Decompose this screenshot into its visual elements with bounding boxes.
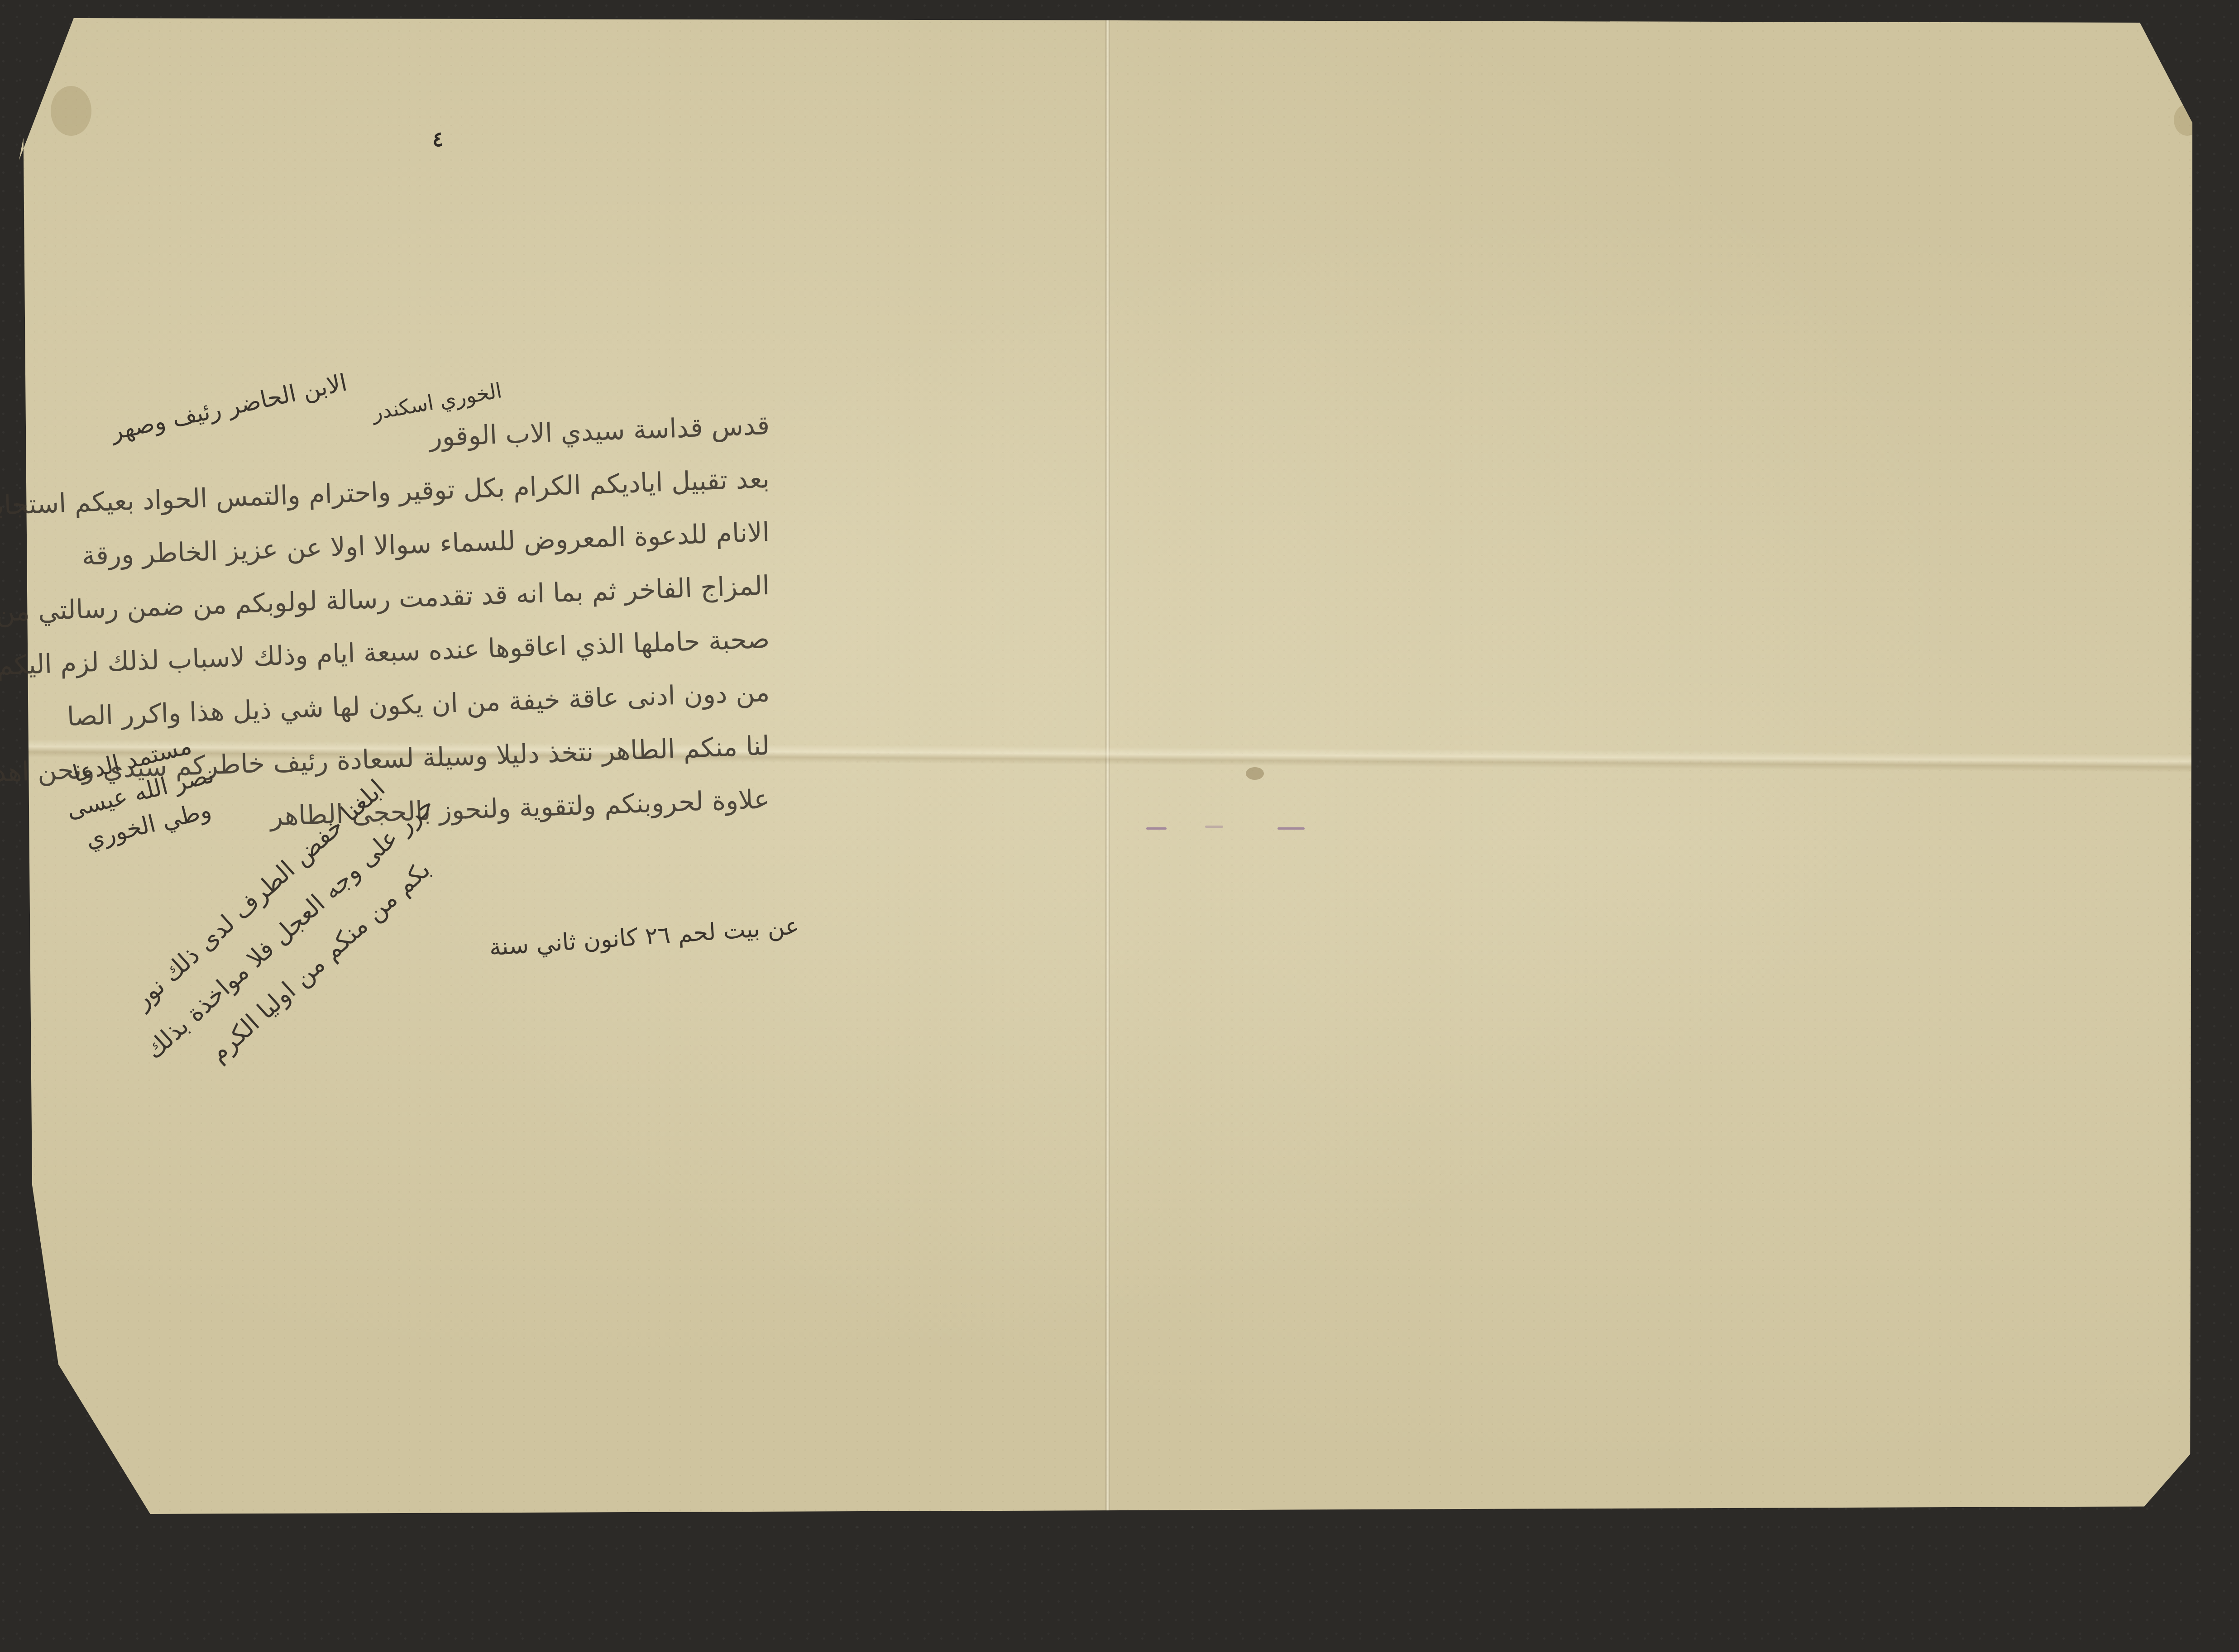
water-stain-top-left <box>51 86 91 136</box>
purple-mark <box>1277 827 1305 830</box>
purple-mark <box>1146 827 1167 830</box>
center-fold <box>1105 18 1110 1514</box>
water-stain-top-right <box>2174 104 2201 136</box>
ink-drop-stain <box>1246 767 1264 780</box>
purple-mark <box>1205 826 1223 828</box>
page-number: ٤ <box>432 127 444 151</box>
